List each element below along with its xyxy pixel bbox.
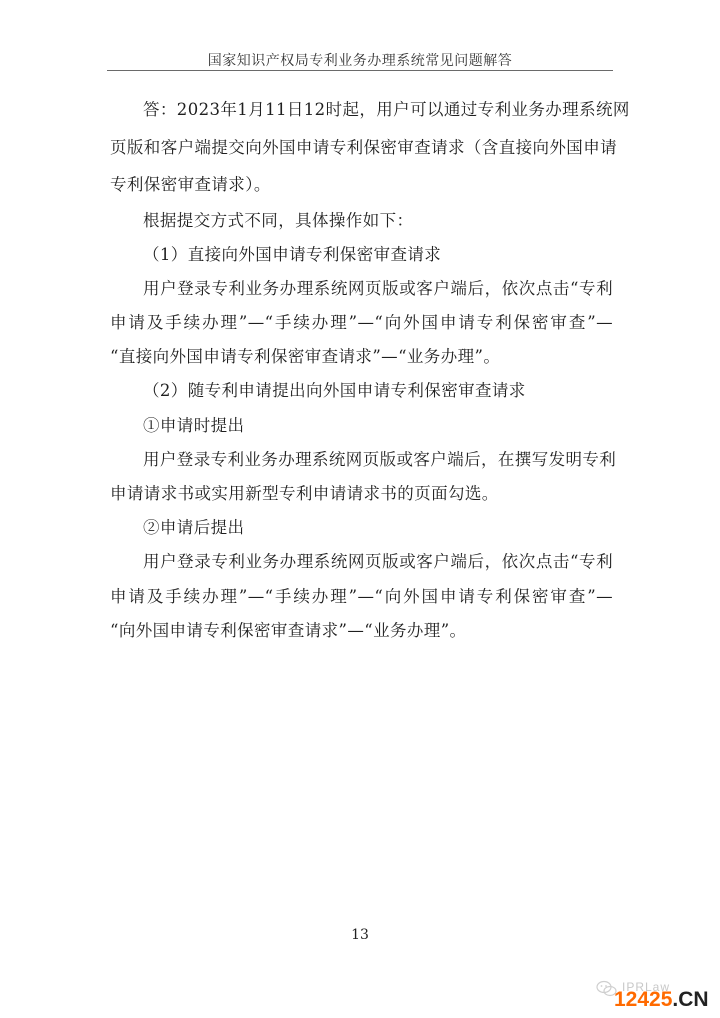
site-logo: 12425.CN xyxy=(614,988,709,1012)
paragraph-intro: 根据提交方式不同，具体操作如下： xyxy=(110,204,613,238)
document-header-title: 国家知识产权局专利业务办理系统常见问题解答 xyxy=(107,50,613,70)
subsection-2-line-1: 用户登录专利业务办理系统网页版或客户端后，依次点击“专利 xyxy=(110,545,613,579)
logo-number: 12425 xyxy=(614,988,672,1011)
paragraph-answer-line-1: 答：2023年1月11日12时起，用户可以通过专利业务办理系统网 xyxy=(110,91,613,129)
subsection-2-line-2: 申请及手续办理”—“手续办理”—“向外国申请专利保密审查”— xyxy=(110,580,613,614)
subsection-2-line-3: “向外国申请专利保密审查请求”—“业务办理”。 xyxy=(110,614,613,648)
section-1-line-3: “直接向外国申请专利保密审查请求”—“业务办理”。 xyxy=(110,340,613,374)
subsection-heading-1: ①申请时提出 xyxy=(110,409,613,443)
subsection-1-line-1: 用户登录专利业务办理系统网页版或客户端后，在撰写发明专利 xyxy=(110,443,613,477)
paragraph-answer-line-2: 页版和客户端提交向外国申请专利保密审查请求（含直接向外国申请 xyxy=(110,129,613,167)
document-body: 答：2023年1月11日12时起，用户可以通过专利业务办理系统网 页版和客户端提… xyxy=(110,91,613,648)
paragraph-answer-line-3: 专利保密审查请求）。 xyxy=(110,166,613,204)
section-1-line-1: 用户登录专利业务办理系统网页版或客户端后，依次点击“专利 xyxy=(110,272,613,306)
section-heading-1: （1）直接向外国申请专利保密审查请求 xyxy=(110,238,613,272)
section-heading-2: （2）随专利申请提出向外国申请专利保密审查请求 xyxy=(110,374,613,408)
subsection-heading-2: ②申请后提出 xyxy=(110,511,613,545)
watermark: IPRLaw 12425.CN xyxy=(596,980,720,1010)
section-1-line-2: 申请及手续办理”—“手续办理”—“向外国申请专利保密审查”— xyxy=(110,306,613,340)
page-number: 13 xyxy=(0,927,720,943)
subsection-1-line-2: 申请请求书或实用新型专利申请请求书的页面勾选。 xyxy=(110,477,613,511)
logo-domain: .CN xyxy=(672,988,708,1011)
header-divider xyxy=(107,70,613,71)
